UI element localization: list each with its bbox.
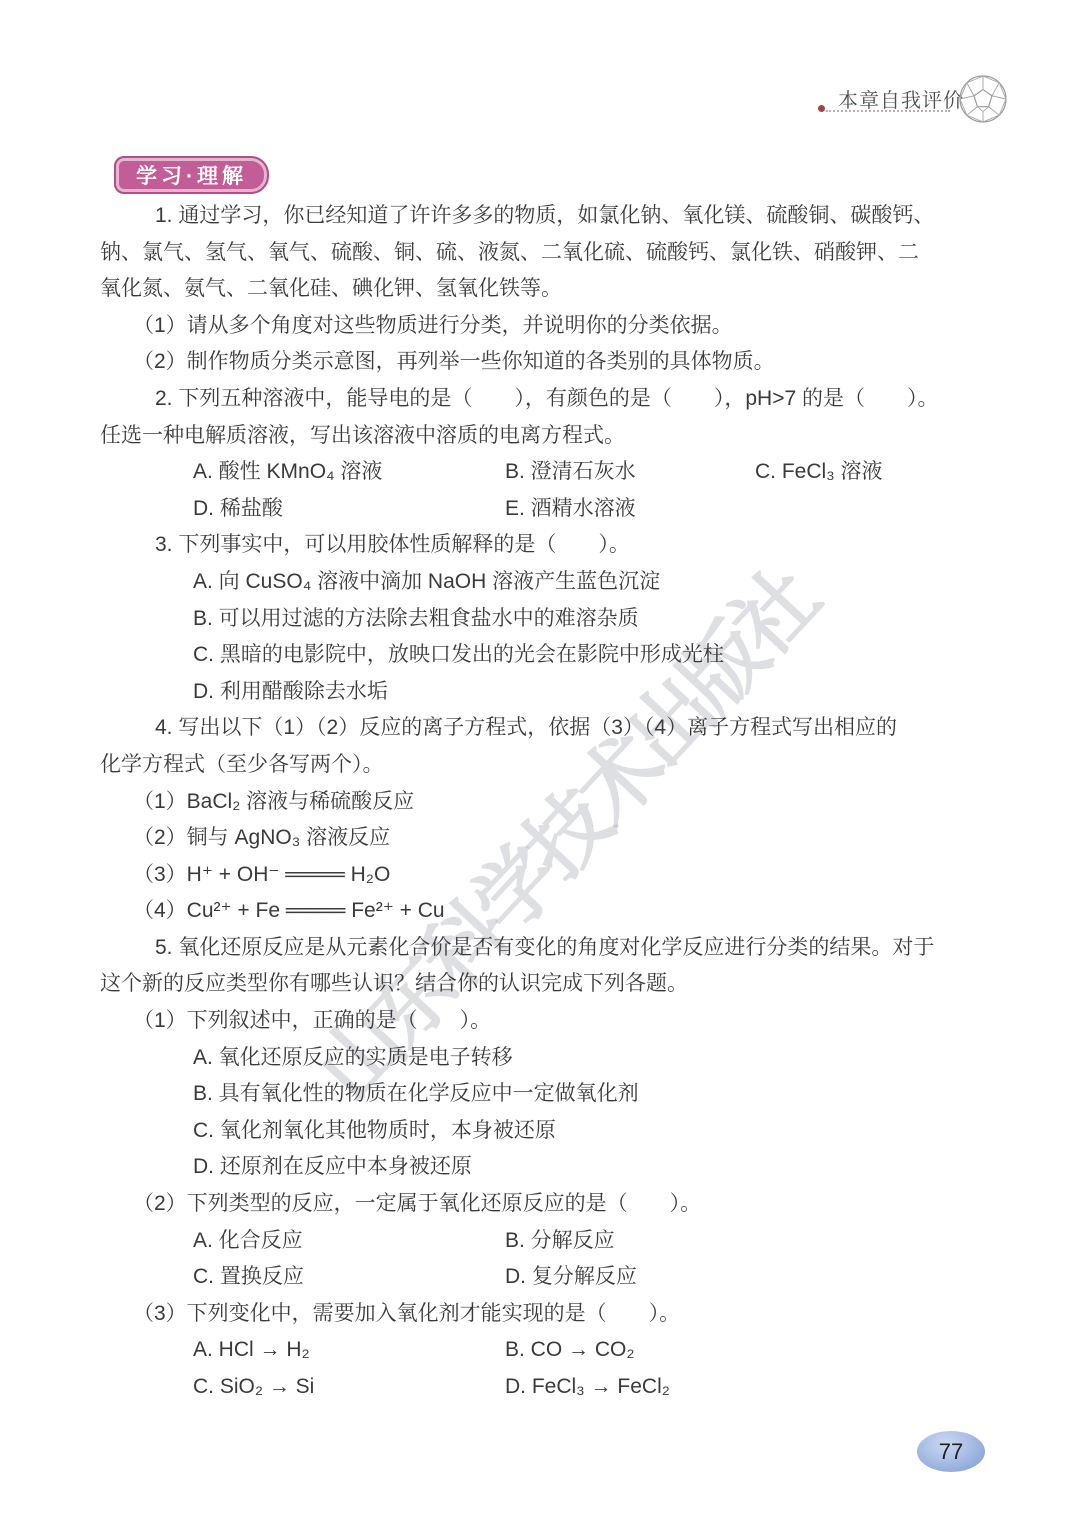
q3-option-c: C. 黑暗的电影院中，放映口发出的光会在影院中形成光柱 xyxy=(100,637,984,674)
q2-option-c: C. FeCl₃ 溶液 xyxy=(755,454,883,491)
page-number-text: 77 xyxy=(939,1439,963,1465)
q5-3-option-a: A. HCl → H₂ xyxy=(193,1332,505,1369)
q2-options-row-1: A. 酸性 KMnO₄ 溶液 B. 澄清石灰水 C. FeCl₃ 溶液 xyxy=(100,454,984,491)
q1-line-1: 1. 通过学习，你已经知道了许许多多的物质，如氯化钠、氧化镁、硫酸铜、碳酸钙、 xyxy=(100,198,984,235)
q2-line-2: 任选一种电解质溶液，写出该溶液中溶质的电离方程式。 xyxy=(100,418,984,455)
q4-line-2: 化学方程式（至少各写两个）。 xyxy=(100,747,984,784)
q5-3-options-row-2: C. SiO₂ → Si D. FeCl₃ → FeCl₂ xyxy=(100,1369,984,1406)
q5-subitem-3: （3）下列变化中，需要加入氧化剂才能实现的是（ ）。 xyxy=(100,1296,984,1333)
q1-line-2: 钠、氯气、氢气、氧气、硫酸、铜、硫、液氮、二氧化硫、硫酸钙、氯化铁、硝酸钾、二 xyxy=(100,235,984,272)
q2-option-d: D. 稀盐酸 xyxy=(193,491,505,528)
q4-line-1: 4. 写出以下（1）（2）反应的离子方程式，依据（3）（4）离子方程式写出相应的 xyxy=(100,710,984,747)
q5-line-2: 这个新的反应类型你有哪些认识？结合你的认识完成下列各题。 xyxy=(100,966,984,1003)
q4-subitem-1: （1）BaCl₂ 溶液与稀硫酸反应 xyxy=(100,784,984,821)
q5-3-option-b: B. CO → CO₂ xyxy=(505,1332,635,1369)
q5-2-options-row-1: A. 化合反应 B. 分解反应 xyxy=(100,1223,984,1260)
q5-2-options-row-2: C. 置换反应 D. 复分解反应 xyxy=(100,1259,984,1296)
q3-option-d: D. 利用醋酸除去水垢 xyxy=(100,674,984,711)
section-badge-label: 学习·理解 xyxy=(136,160,247,190)
q2-line-1: 2. 下列五种溶液中，能导电的是（ ），有颜色的是（ ），pH>7 的是（ ）。 xyxy=(100,381,984,418)
page-number-badge: 77 xyxy=(917,1431,985,1472)
section-badge-learn-understand: 学习·理解 xyxy=(114,156,269,194)
q1-subitem-1: （1）请从多个角度对这些物质进行分类，并说明你的分类依据。 xyxy=(100,308,984,345)
q4-subitem-2: （2）铜与 AgNO₃ 溶液反应 xyxy=(100,820,984,857)
q1-subitem-2: （2）制作物质分类示意图，再列举一些你知道的各类别的具体物质。 xyxy=(100,344,984,381)
q4-equation-3: （3）H⁺ + OH⁻ ════ H₂O xyxy=(100,857,984,894)
q2-options-row-2: D. 稀盐酸 E. 酒精水溶液 xyxy=(100,491,984,528)
q2-option-b: B. 澄清石灰水 xyxy=(505,454,755,491)
q5-1-option-c: C. 氧化剂氧化其他物质时，本身被还原 xyxy=(100,1113,984,1150)
q5-3-option-d: D. FeCl₃ → FeCl₂ xyxy=(505,1369,670,1406)
q5-2-option-d: D. 复分解反应 xyxy=(505,1259,637,1296)
fullerene-molecule-icon xyxy=(956,72,1010,126)
question-content: 1. 通过学习，你已经知道了许许多多的物质，如氯化钠、氧化镁、硫酸铜、碳酸钙、 … xyxy=(100,198,984,1406)
q4-equation-4: （4）Cu²⁺ + Fe ════ Fe²⁺ + Cu xyxy=(100,893,984,930)
q5-3-option-c: C. SiO₂ → Si xyxy=(193,1369,505,1406)
q5-2-option-b: B. 分解反应 xyxy=(505,1223,615,1260)
q5-1-option-b: B. 具有氧化性的物质在化学反应中一定做氧化剂 xyxy=(100,1076,984,1113)
q3-option-b: B. 可以用过滤的方法除去粗食盐水中的难溶杂质 xyxy=(100,601,984,638)
q3-option-a: A. 向 CuSO₄ 溶液中滴加 NaOH 溶液产生蓝色沉淀 xyxy=(100,564,984,601)
q5-subitem-1: （1）下列叙述中，正确的是（ ）。 xyxy=(100,1003,984,1040)
q5-1-option-d: D. 还原剂在反应中本身被还原 xyxy=(100,1149,984,1186)
header-rule-dot xyxy=(818,105,825,112)
q5-1-option-a: A. 氧化还原反应的实质是电子转移 xyxy=(100,1040,984,1077)
q2-option-a: A. 酸性 KMnO₄ 溶液 xyxy=(193,454,505,491)
q2-option-e: E. 酒精水溶液 xyxy=(505,491,636,528)
q5-2-option-a: A. 化合反应 xyxy=(193,1223,505,1260)
textbook-page: 本章自我评价 学习·理解 山东科学技术出版社 1. 通过学习，你已经知道了许许多… xyxy=(0,0,1080,1536)
q5-subitem-2: （2）下列类型的反应，一定属于氧化还原反应的是（ ）。 xyxy=(100,1186,984,1223)
q5-line-1: 5. 氧化还原反应是从元素化合价是否有变化的角度对化学反应进行分类的结果。对于 xyxy=(100,930,984,967)
q5-2-option-c: C. 置换反应 xyxy=(193,1259,505,1296)
q1-line-3: 氧化氮、氨气、二氧化硅、碘化钾、氢氧化铁等。 xyxy=(100,271,984,308)
q3-line-1: 3. 下列事实中，可以用胶体性质解释的是（ ）。 xyxy=(100,527,984,564)
q5-3-options-row-1: A. HCl → H₂ B. CO → CO₂ xyxy=(100,1332,984,1369)
header-dotted-rule xyxy=(826,101,950,112)
